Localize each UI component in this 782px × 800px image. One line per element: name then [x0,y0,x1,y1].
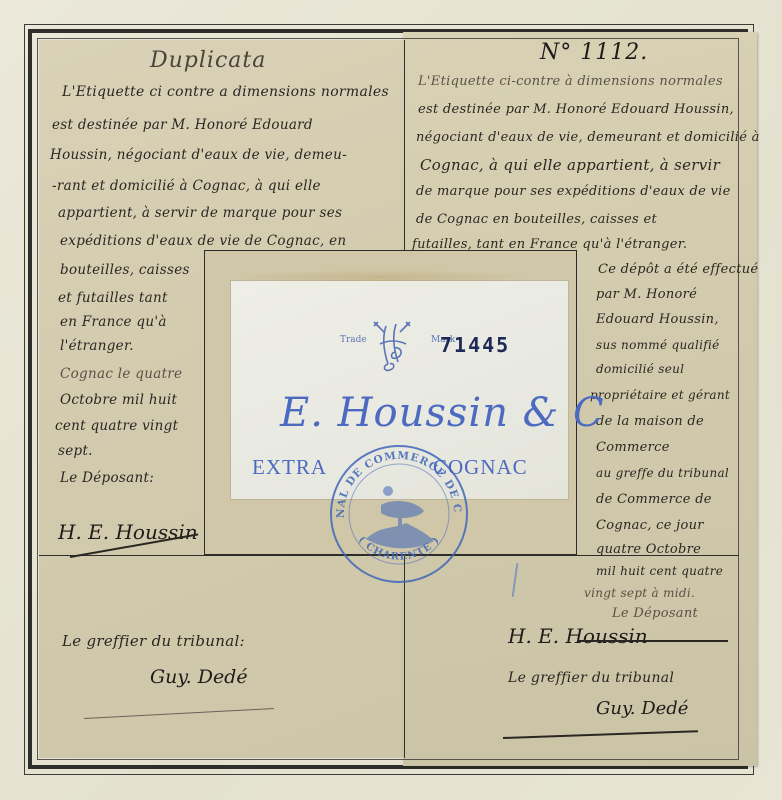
left-line: Octobre mil huit [60,392,177,408]
extra-text: EXTRA [252,455,327,480]
left-line: et futailles tant [58,290,168,306]
deposit-line: au greffe du tribunal [596,466,729,480]
deposit-line: vingt sept à midi. [584,586,695,600]
document-number: N° 1112. [540,40,648,65]
deposit-line: sus nommé qualifié [596,338,720,352]
brand-signature: E. Houssin & C [280,390,605,436]
label-serial-number: 71445 [440,333,510,357]
left-line: l'étranger. [60,338,134,354]
left-line: -rant et domicilié à Cognac, à qui elle [52,178,321,194]
left-line: Cognac le quatre [60,366,182,382]
left-line: expéditions d'eaux de vie de Cognac, en [60,233,346,249]
deposit-line: Edouard Houssin, [596,312,719,327]
left-clerk-signature: Guy. Dedé [150,666,248,688]
left-depositor-signature: H. E. Houssin [58,520,198,544]
deposit-line: propriétaire et gérant [590,388,730,402]
left-line: appartient, à servir de marque pour ses [58,205,342,221]
deposit-line: Cognac, ce jour [596,518,704,533]
right-depositor-label: Le Déposant [612,606,698,621]
deposit-line: Commerce [596,440,670,455]
right-clerk-label: Le greffier du tribunal [508,670,674,686]
left-line: est destinée par M. Honoré Edouard [52,117,313,133]
right-depositor-signature: H. E. Houssin [508,624,648,648]
right-line: est destinée par M. Honoré Edouard Houss… [418,102,734,117]
right-line: L'Etiquette ci-contre à dimensions norma… [418,74,723,89]
deposit-line: de la maison de [596,414,704,429]
left-clerk-label: Le greffier du tribunal: [62,632,245,650]
right-line: négociant d'eaux de vie, demeurant et do… [416,130,760,145]
left-line: Le Déposant: [60,470,154,486]
deposit-line: Ce dépôt a été effectué [598,262,758,277]
deposit-line: par M. Honoré [596,287,697,302]
deposit-line: domicilié seul [596,362,684,376]
left-line: L'Etiquette ci contre a dimensions norma… [62,84,389,100]
right-line: Cognac, à qui elle appartient, à servir [420,156,720,174]
left-line: cent quatre vingt [55,418,178,434]
right-line: de Cognac en bouteilles, caisses et [416,212,657,227]
signature-flourish [578,640,728,642]
deposit-line: de Commerce de [596,492,712,507]
right-clerk-signature: Guy. Dedé [596,698,688,719]
deposit-line: quatre Octobre [596,542,701,557]
right-line: de marque pour ses expéditions d'eaux de… [416,184,731,199]
trade-text: Trade [340,335,367,345]
monogram-hh-icon [372,318,412,372]
duplicata-title: Duplicata [150,48,266,73]
deposit-line: mil huit cent quatre [596,564,723,578]
left-line: bouteilles, caisses [60,262,190,278]
left-line: en France qu'à [60,314,167,330]
left-line: sept. [58,443,93,459]
tribunal-seal-stamp-icon: TRIBUNAL DE COMMERCE DE COGNAC ( CHARENT… [326,441,472,587]
left-line: Houssin, négociant d'eaux de vie, demeu- [50,147,347,163]
